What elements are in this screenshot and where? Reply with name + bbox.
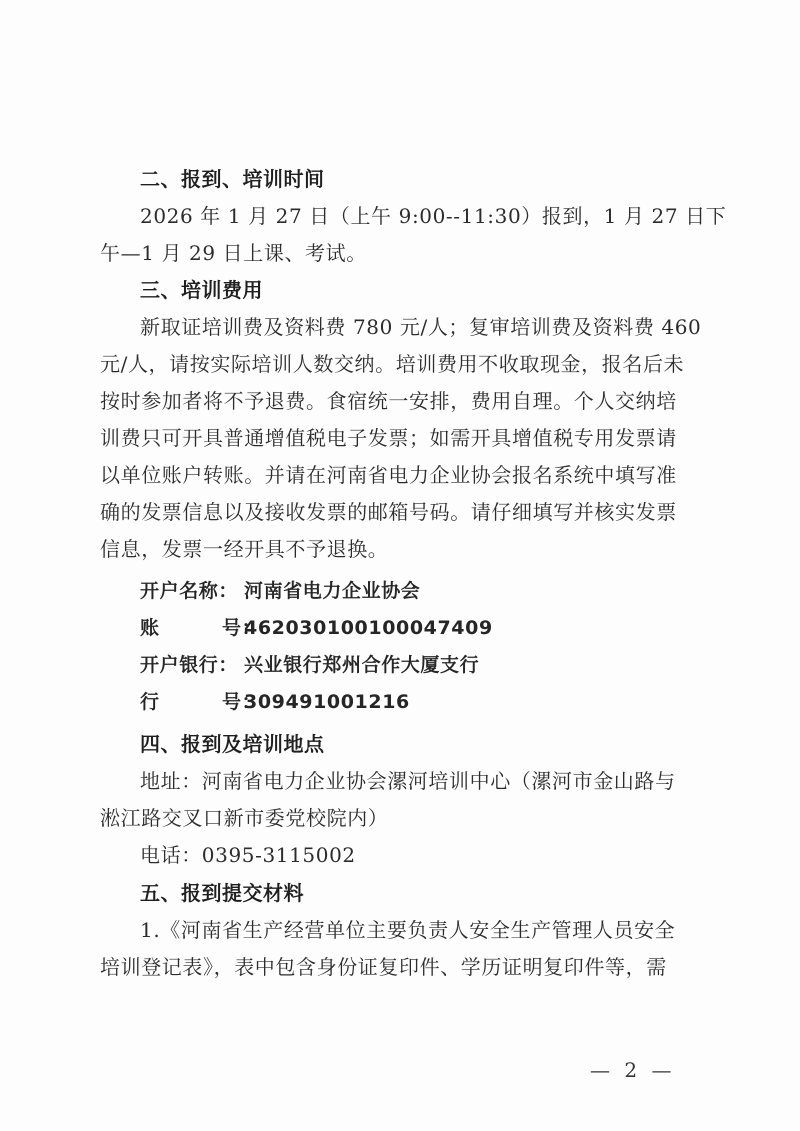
- bank-account-number-row: 账号：462030100100047409: [140, 615, 760, 641]
- address-line: 淞江路交叉口新市委党校院内）: [100, 805, 720, 831]
- section-heading-location: 四、报到及培训地点: [140, 731, 760, 757]
- paragraph-line: 新取证培训费及资料费 780 元/人；复审培训费及资料费 460: [140, 314, 760, 340]
- account-number-value: 462030100100047409: [244, 617, 493, 639]
- bank-code-row: 行号：309491001216: [140, 689, 760, 715]
- paragraph-line: 以单位账户转账。并请在河南省电力企业协会报名系统中填写准: [100, 462, 720, 488]
- account-name-value: 河南省电力企业协会: [244, 580, 420, 602]
- account-name-label: 开户名称：: [140, 578, 244, 604]
- account-number-label: 账号：: [140, 615, 244, 641]
- bank-name-row: 开户银行：兴业银行郑州合作大厦支行: [140, 652, 760, 678]
- paragraph-line: 培训登记表》，表中包含身份证复印件、学历证明复印件等，需: [100, 954, 720, 980]
- bank-code-value: 309491001216: [244, 691, 410, 713]
- paragraph-line: 元/人，请按实际培训人数交纳。培训费用不收取现金，报名后未: [100, 351, 720, 377]
- page-number: — 2 —: [590, 1058, 675, 1082]
- paragraph-line: 按时参加者将不予退费。食宿统一安排，费用自理。个人交纳培: [100, 388, 720, 414]
- paragraph-line: 2026 年 1 月 27 日（上午 9:00--11:30）报到，1 月 27…: [140, 203, 760, 229]
- section-heading-materials: 五、报到提交材料: [140, 880, 760, 906]
- paragraph-line: 信息，发票一经开具不予退换。: [100, 536, 720, 562]
- paragraph-line: 训费只可开具普通增值税电子发票；如需开具增值税专用发票请: [100, 425, 720, 451]
- document-page: 二、报到、培训时间 2026 年 1 月 27 日（上午 9:00--11:30…: [0, 0, 800, 1131]
- paragraph-line: 1.《河南省生产经营单位主要负责人安全生产管理人员安全: [140, 917, 760, 943]
- address-line: 地址：河南省电力企业协会漯河培训中心（漯河市金山路与: [140, 768, 760, 794]
- bank-code-label: 行号：: [140, 689, 244, 715]
- paragraph-line: 午—1 月 29 日上课、考试。: [100, 240, 720, 266]
- bank-name-value: 兴业银行郑州合作大厦支行: [244, 654, 479, 676]
- section-heading-fee: 三、培训费用: [140, 277, 760, 303]
- phone-line: 电话：0395-3115002: [140, 842, 760, 868]
- section-heading-time: 二、报到、培训时间: [140, 166, 760, 192]
- bank-name-label: 开户银行：: [140, 652, 244, 678]
- bank-account-name-row: 开户名称：河南省电力企业协会: [140, 578, 760, 604]
- paragraph-line: 确的发票信息以及接收发票的邮箱号码。请仔细填写并核实发票: [100, 499, 720, 525]
